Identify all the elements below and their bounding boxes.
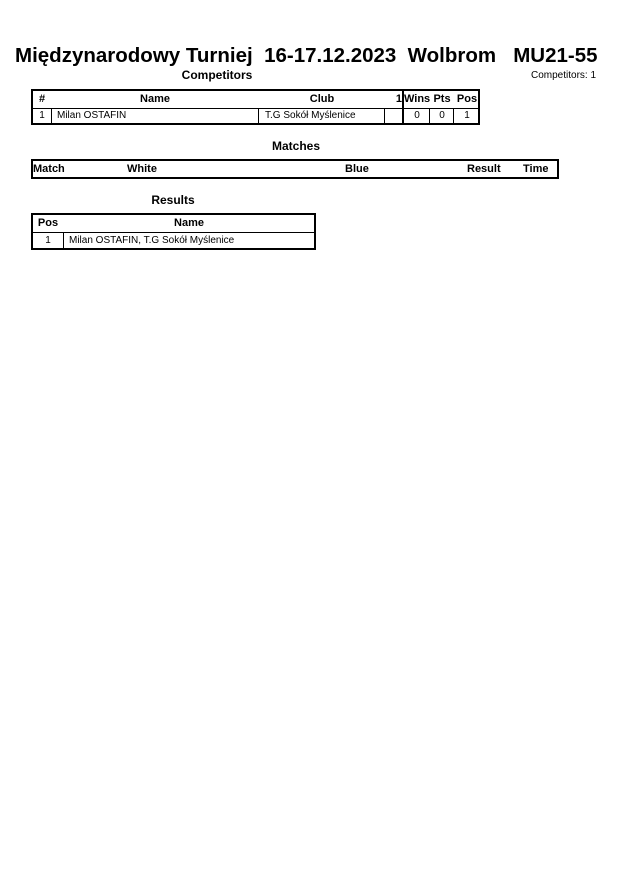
competitors-count: Competitors: 1 xyxy=(531,70,596,81)
table-row: 1 Milan OSTAFIN T.G Sokół Myślenice 0 0 … xyxy=(33,108,478,123)
divider xyxy=(402,91,404,123)
competitors-section-title: Competitors xyxy=(0,68,434,82)
competitors-header-row: # Name Club 1 Wins Pts Pos xyxy=(33,91,478,109)
results-table: Pos Name 1 Milan OSTAFIN, T.G Sokół Myśl… xyxy=(31,213,316,250)
col-round-1: 1 xyxy=(386,91,402,108)
competitor-pts: 0 xyxy=(430,108,454,123)
competitor-pos: 1 xyxy=(454,108,480,123)
page-title: Międzynarodowy Turniej 16-17.12.2023 Wol… xyxy=(15,44,598,68)
competitors-table: # Name Club 1 Wins Pts Pos 1 Milan OSTAF… xyxy=(31,89,480,125)
table-row: 1 Milan OSTAFIN, T.G Sokół Myślenice xyxy=(33,233,314,248)
competitor-club: T.G Sokół Myślenice xyxy=(265,108,385,123)
competitor-number: 1 xyxy=(33,108,51,123)
col-white: White xyxy=(127,161,157,177)
divider xyxy=(63,233,64,248)
results-header-row: Pos Name xyxy=(33,215,314,233)
matches-section-title: Matches xyxy=(0,139,592,153)
competitor-round-1 xyxy=(386,108,402,123)
divider xyxy=(384,108,385,123)
divider xyxy=(453,108,454,123)
matches-table: Match White Blue Result Time xyxy=(31,159,559,179)
col-pos: Pos xyxy=(454,91,480,108)
competitor-name: Milan OSTAFIN xyxy=(57,108,257,123)
result-name: Milan OSTAFIN, T.G Sokół Myślenice xyxy=(69,233,309,248)
col-name: Name xyxy=(52,91,258,108)
results-section-title: Results xyxy=(0,193,346,207)
result-pos: 1 xyxy=(33,233,63,248)
col-result: Result xyxy=(467,161,501,177)
col-name: Name xyxy=(64,215,314,232)
col-number: # xyxy=(33,91,51,108)
col-wins: Wins xyxy=(404,91,430,108)
col-match: Match xyxy=(33,161,65,177)
col-pts: Pts xyxy=(430,91,454,108)
col-time: Time xyxy=(523,161,548,177)
divider xyxy=(429,108,430,123)
col-pos: Pos xyxy=(33,215,63,232)
col-club: Club xyxy=(259,91,385,108)
divider xyxy=(51,108,52,123)
divider xyxy=(258,108,259,123)
col-blue: Blue xyxy=(345,161,369,177)
competitor-wins: 0 xyxy=(404,108,430,123)
